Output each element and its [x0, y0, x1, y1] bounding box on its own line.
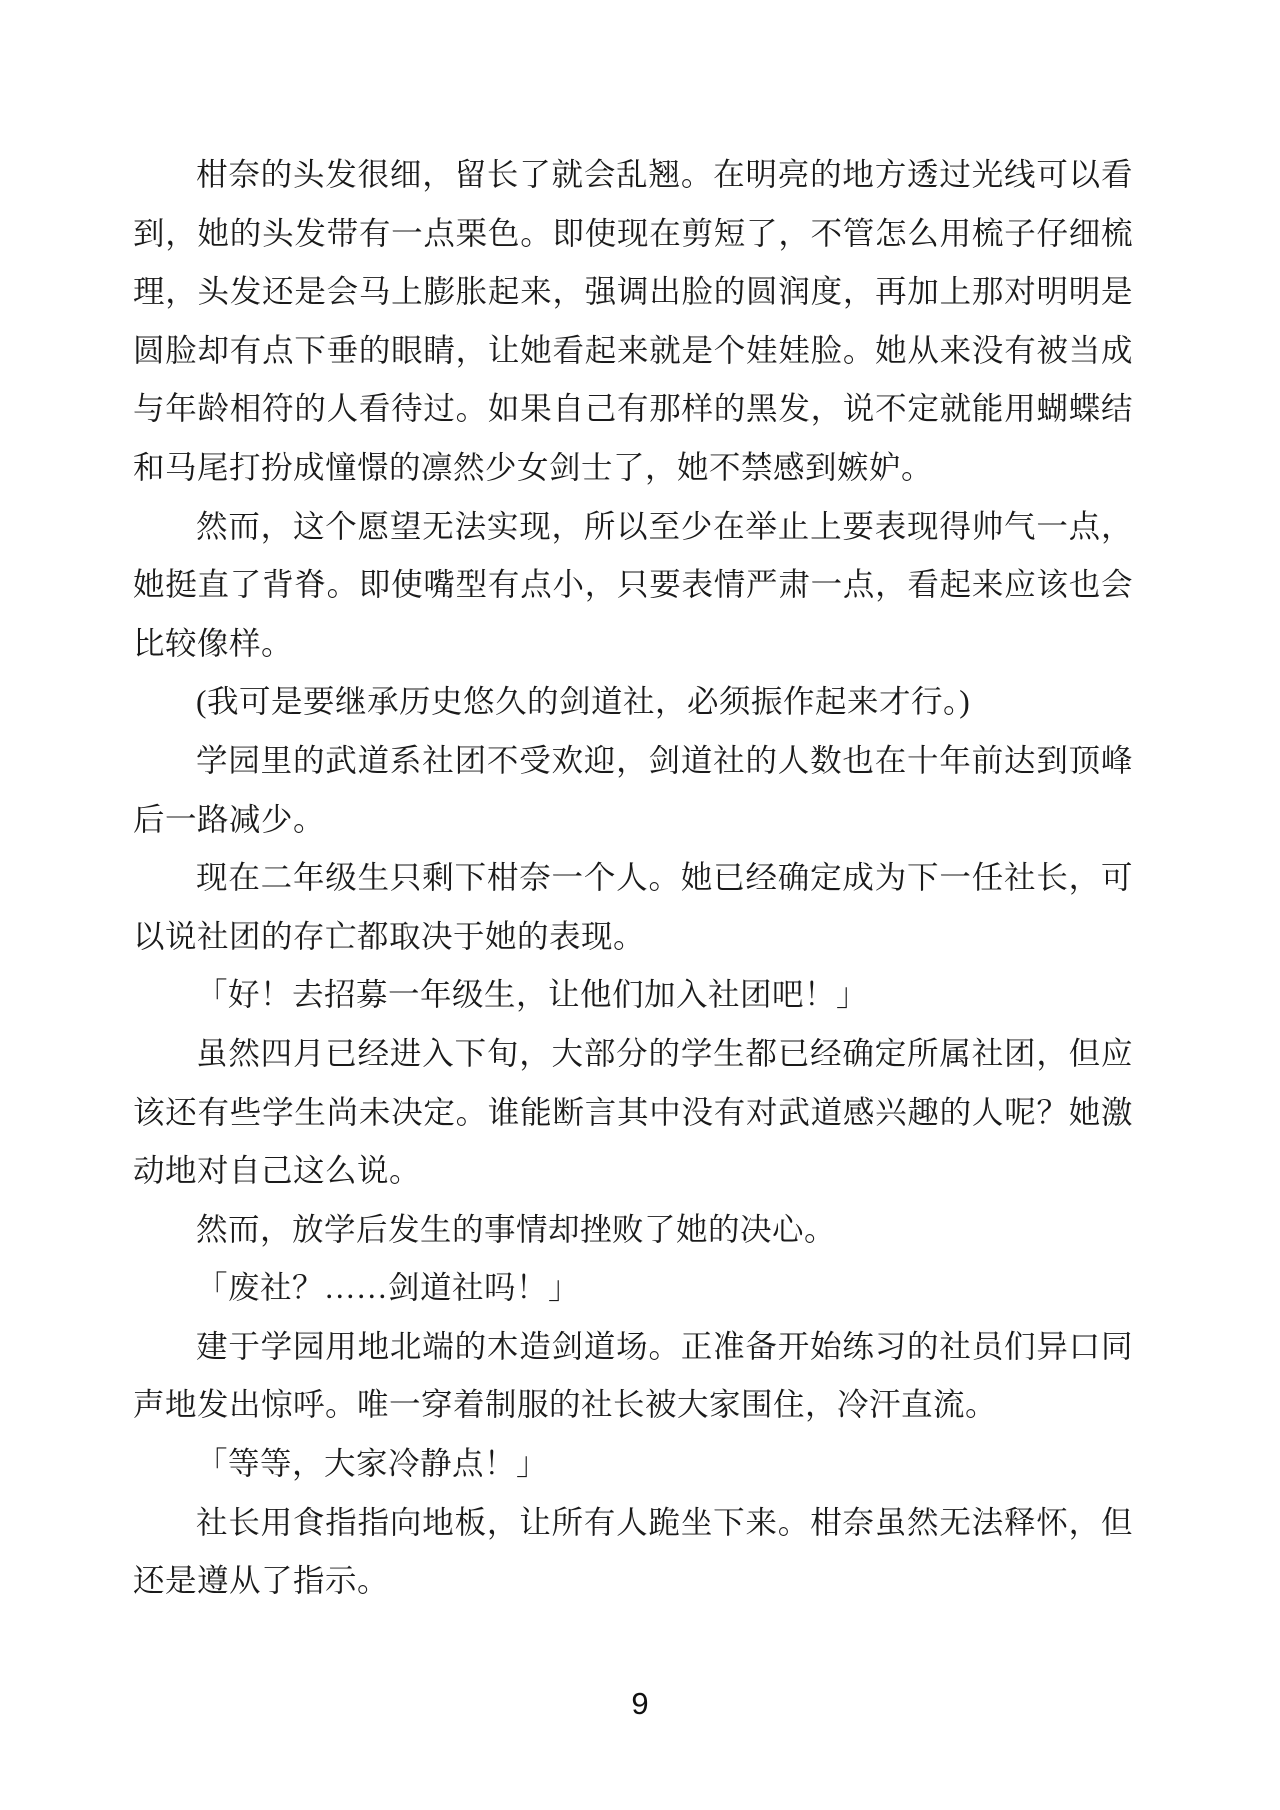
paragraph: 然而，这个愿望无法实现，所以至少在举止上要表现得帅气一点，她挺直了背脊。即使嘴型… — [133, 498, 1133, 674]
paragraph: 建于学园用地北端的木造剑道场。正准备开始练习的社员们异口同声地发出惊呼。唯一穿着… — [133, 1318, 1133, 1435]
paragraph: (我可是要继承历史悠久的剑道社，必须振作起来才行。) — [133, 673, 1133, 732]
paragraph: 然而，放学后发生的事情却挫败了她的决心。 — [133, 1201, 1133, 1260]
page-text-block: 柑奈的头发很细，留长了就会乱翘。在明亮的地方透过光线可以看到，她的头发带有一点栗… — [133, 146, 1133, 1611]
paragraph-dialogue: 「好！去招募一年级生，让他们加入社团吧！」 — [133, 966, 1133, 1025]
paragraph-dialogue: 「等等，大家冷静点！」 — [133, 1435, 1133, 1494]
paragraph: 学园里的武道系社团不受欢迎，剑道社的人数也在十年前达到顶峰后一路减少。 — [133, 732, 1133, 849]
page-number: 9 — [0, 1686, 1280, 1722]
paragraph: 虽然四月已经进入下旬，大部分的学生都已经确定所属社团，但应该还有些学生尚未决定。… — [133, 1025, 1133, 1201]
paragraph-dialogue: 「废社？……剑道社吗！」 — [133, 1259, 1133, 1318]
paragraph: 社长用食指指向地板，让所有人跪坐下来。柑奈虽然无法释怀，但还是遵从了指示。 — [133, 1494, 1133, 1611]
paragraph: 柑奈的头发很细，留长了就会乱翘。在明亮的地方透过光线可以看到，她的头发带有一点栗… — [133, 146, 1133, 498]
book-page: 柑奈的头发很细，留长了就会乱翘。在明亮的地方透过光线可以看到，她的头发带有一点栗… — [0, 0, 1280, 1810]
paragraph: 现在二年级生只剩下柑奈一个人。她已经确定成为下一任社长，可以说社团的存亡都取决于… — [133, 849, 1133, 966]
